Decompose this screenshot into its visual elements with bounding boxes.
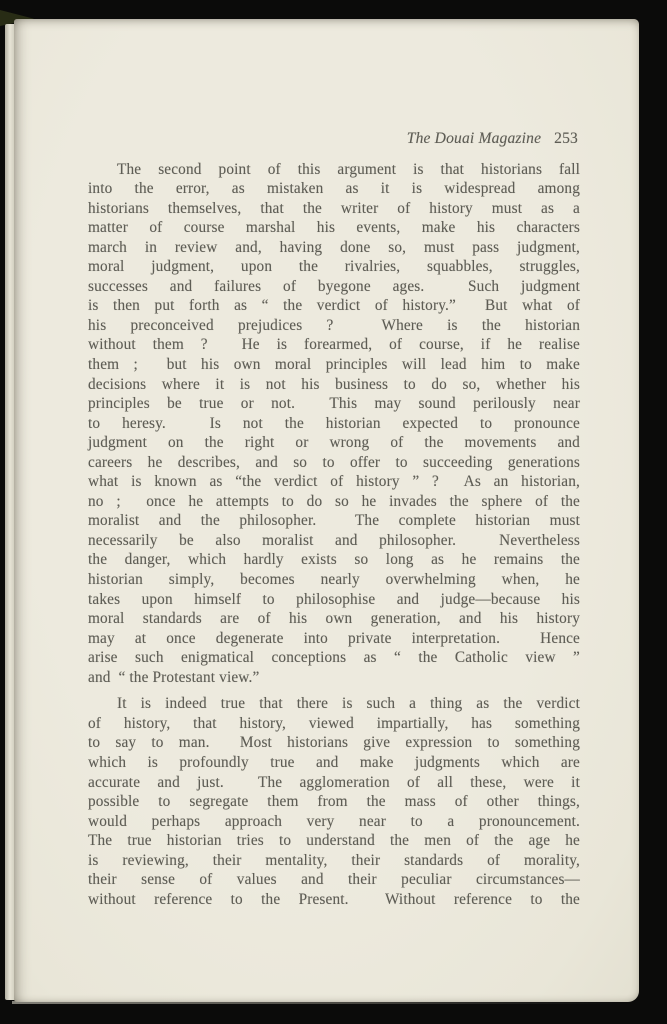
- text-line: judgment on the right or wrong of the mo…: [88, 433, 580, 453]
- text-line: historian simply, becomes nearly overwhe…: [88, 570, 580, 590]
- text-line: moral judgment, upon the rivalries, squa…: [88, 257, 580, 277]
- text-line: and “ the Protestant view.”: [88, 668, 580, 688]
- text-line: matter of course marshal his events, mak…: [88, 218, 580, 238]
- text-line: It is indeed true that there is such a t…: [88, 694, 580, 714]
- text-line: decisions where it is not his business t…: [88, 375, 580, 395]
- text-line: without reference to the Present. Withou…: [88, 890, 580, 910]
- text-line: The true historian tries to understand t…: [88, 831, 580, 851]
- text-line: is reviewing, their mentality, their sta…: [88, 851, 580, 871]
- text-line: without them ? He is forearmed, of cours…: [88, 335, 580, 355]
- text-line: accurate and just. The agglomeration of …: [88, 773, 580, 793]
- text-line: would perhaps approach very near to a pr…: [88, 812, 580, 832]
- running-header: The Douai Magazine253: [88, 129, 578, 149]
- text-line: them ; but his own moral principles will…: [88, 355, 580, 375]
- text-line: successes and failures of byegone ages. …: [88, 277, 580, 297]
- text-line: historians themselves, that the writer o…: [88, 199, 580, 219]
- text-line: possible to segregate them from the mass…: [88, 792, 580, 812]
- text-line: their sense of values and their peculiar…: [88, 870, 580, 890]
- page-text-block: The Douai Magazine253 The second point o…: [88, 129, 580, 916]
- text-line: march in review and, having done so, mus…: [88, 238, 580, 258]
- text-line: his preconceived prejudices ? Where is t…: [88, 316, 580, 336]
- text-line: into the error, as mistaken as it is wid…: [88, 179, 580, 199]
- text-line: no ; once he attempts to do so he invade…: [88, 492, 580, 512]
- text-line: the danger, which hardly exists so long …: [88, 550, 580, 570]
- text-line: to heresy. Is not the historian expected…: [88, 414, 580, 434]
- text-line: what is known as “the verdict of history…: [88, 472, 580, 492]
- text-line: necessarily be also moralist and philoso…: [88, 531, 580, 551]
- text-line: principles be true or not. This may soun…: [88, 394, 580, 414]
- book-scan: { "scan": { "header": { "magazine_title"…: [0, 0, 667, 1024]
- book-page: The Douai Magazine253 The second point o…: [14, 19, 639, 1002]
- text-line: careers he describes, and so to offer to…: [88, 453, 580, 473]
- text-line: is then put forth as “ the verdict of hi…: [88, 296, 580, 316]
- paragraph-1: The second point of this argument is tha…: [88, 160, 580, 688]
- text-line: takes upon himself to philosophise and j…: [88, 590, 580, 610]
- text-line: The second point of this argument is tha…: [88, 160, 580, 180]
- text-line: which is profoundly true and make judgme…: [88, 753, 580, 773]
- text-line: to say to man. Most historians give expr…: [88, 733, 580, 753]
- paragraph-2: It is indeed true that there is such a t…: [88, 694, 580, 909]
- text-line: of history, that history, viewed imparti…: [88, 714, 580, 734]
- text-line: may at once degenerate into private inte…: [88, 629, 580, 649]
- text-line: moral standards are of his own generatio…: [88, 609, 580, 629]
- page-number: 253: [554, 130, 578, 147]
- text-line: moralist and the philosopher. The comple…: [88, 511, 580, 531]
- magazine-title: The Douai Magazine: [407, 130, 541, 147]
- text-line: arise such enigmatical conceptions as “ …: [88, 648, 580, 668]
